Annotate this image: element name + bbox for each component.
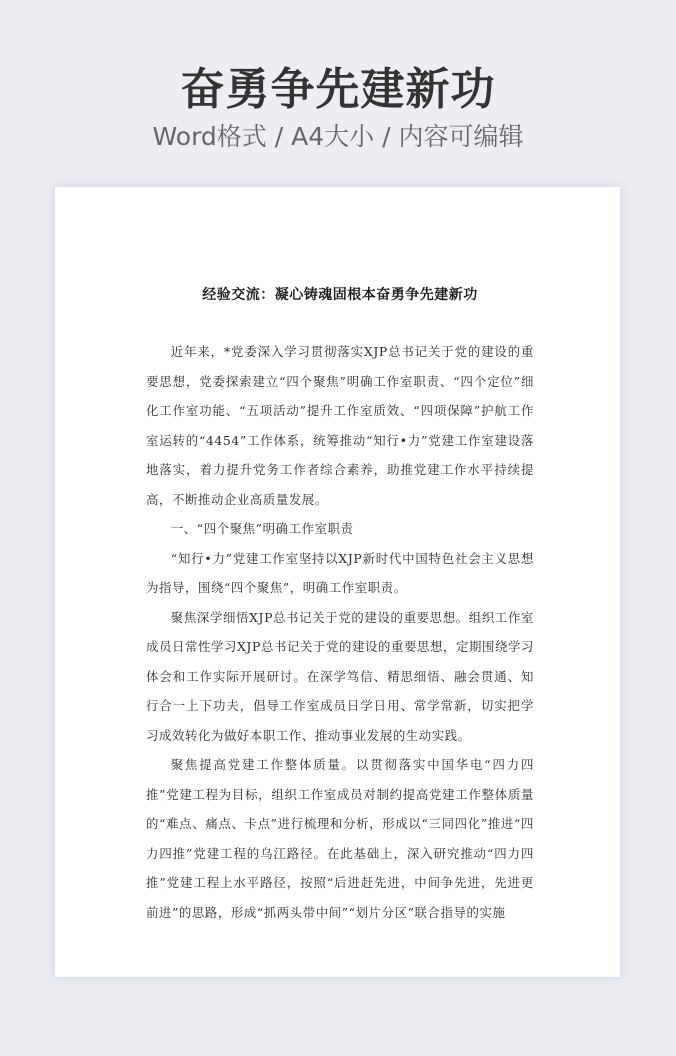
paragraph-section-1-intro: “知行•力”党建工作室坚持以XJP新时代中国特色社会主义思想为指导，围绕“四个聚…: [146, 544, 534, 603]
document-body: 经验交流：凝心铸魂固根本奋勇争先建新功 近年来，*党委深入学习贯彻落实XJP总书…: [146, 283, 534, 927]
header: 奋勇争先建新功 Word格式 / A4大小 / 内容可编辑: [0, 62, 676, 154]
paragraph-quality: 聚焦提高党建工作整体质量。以贯彻落实中国华电“四力四推”党建工程为目标，组织工作…: [146, 750, 534, 927]
document-page-preview: 经验交流：凝心铸魂固根本奋勇争先建新功 近年来，*党委深入学习贯彻落实XJP总书…: [55, 187, 620, 977]
document-title: 经验交流：凝心铸魂固根本奋勇争先建新功: [146, 283, 534, 307]
main-title: 奋勇争先建新功: [0, 62, 676, 118]
paragraph-intro: 近年来，*党委深入学习贯彻落实XJP总书记关于党的建设的重要思想，党委探索建立“…: [146, 337, 534, 514]
section-heading-1: 一、“四个聚焦”明确工作室职责: [146, 514, 534, 544]
subtitle: Word格式 / A4大小 / 内容可编辑: [0, 120, 676, 154]
paragraph-study: 聚焦深学细悟XJP总书记关于党的建设的重要思想。组织工作室成员日常性学习XJP总…: [146, 603, 534, 751]
